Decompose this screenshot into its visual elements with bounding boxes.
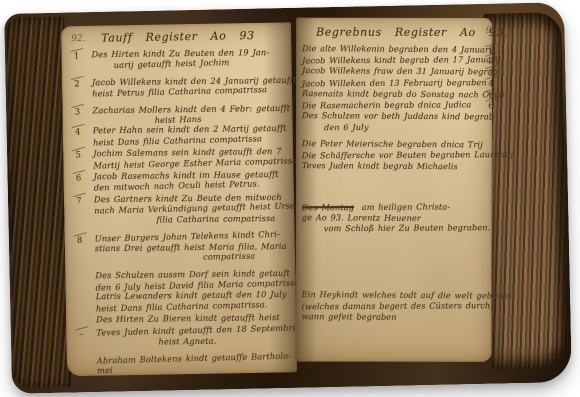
- entry-number: 1: [67, 49, 85, 62]
- entry-number: 7: [70, 194, 88, 207]
- register-entry-line: filia Catharina compatrissa: [94, 213, 292, 226]
- left-page: 92. Tauff Register Ao 93 1 Des Hirten ki…: [61, 22, 297, 376]
- left-page-number: 92.: [71, 34, 86, 44]
- right-page-text: Begrebnus Register Ao 93. 1 Die alte Wil…: [302, 26, 487, 323]
- register-entry-line: heist Agneta.: [96, 335, 294, 348]
- register-entry-line: Des Montag am heiligen Christa-: [302, 201, 486, 213]
- entry-text: compatrissa: [203, 250, 256, 261]
- entry-text: Des Schulzen vor beth Juddans kind begra…: [302, 110, 494, 121]
- entry-text: uarij getaufft heist Jochim: [114, 57, 230, 70]
- register-entry-line: 2 Jacob Willekens kindt begrab den 17 Ja…: [302, 54, 486, 66]
- entry-text: Jacob Willeken den 13 Februarij begraben: [302, 78, 487, 89]
- left-page-text: Tauff Register Ao 93 1 Des Hirten kindt …: [91, 28, 295, 375]
- entry-text: den 6 July: [324, 122, 369, 132]
- entry-text: filia Catharina compatrissa: [156, 213, 275, 224]
- entry-text: (welches damans begert des Cüsters durch…: [302, 300, 494, 311]
- register-entry-line: den 6 July: [302, 121, 486, 133]
- entry-number: 6: [70, 171, 88, 184]
- entry-number: 8: [71, 234, 89, 247]
- right-page-header: Begrebnus Register Ao 93.: [316, 26, 486, 40]
- entry-number: 2: [68, 77, 86, 90]
- right-page-entries: 1 Die alte Willekenin begraben den 4 Jan…: [302, 44, 486, 323]
- entry-text: Jacob Willekens kindt begrab den 17 Janu…: [302, 54, 500, 65]
- entry-text: Jacob Willekens fraw den 31 Januarij beg…: [302, 65, 498, 76]
- entry-text: mei: [97, 365, 113, 375]
- entry-text: Teves Juden kindt begrab Michaelis: [302, 160, 458, 171]
- entry-text: Rasenaits kindt begrab do Sonstag nach O…: [302, 88, 505, 99]
- register-entry-line: mei: [97, 362, 295, 375]
- entry-number: 6: [482, 99, 500, 112]
- entry-number: 5: [69, 149, 87, 162]
- entry-text: Ein Heykindt welches todt auf die welt g…: [302, 289, 512, 300]
- photo-background: 92. Tauff Register Ao 93 1 Des Hirten ki…: [0, 0, 580, 397]
- register-entry-line: wann gefeit begraben: [302, 311, 486, 323]
- entry-number: 4: [69, 126, 87, 139]
- entry-text: Des Hirten Zu Bieren kindt getaufft heis…: [96, 312, 280, 324]
- register-entry-line: (welches damans begert des Cüsters durch…: [302, 300, 486, 312]
- entry-text: Die Peter Meierische begraben dnica Trij: [302, 139, 483, 150]
- entry-text: vom Schloß hier Zu Beuten begraben.: [324, 223, 491, 234]
- entry-text: Die alte Willekenin begraben den 4 Janua…: [302, 43, 494, 54]
- entry-text: Die Rasemacherin begrab dnica Judica: [302, 99, 471, 110]
- entry-text: wann gefeit begraben: [302, 311, 397, 322]
- register-entry-line: 3 Jacob Willekens fraw den 31 Januarij b…: [302, 65, 486, 77]
- register-entry-line: Teves Juden kindt begrab Michaelis: [302, 160, 486, 172]
- register-entry-line: 6 Die Rasemacherin begrab dnica Judica: [302, 99, 486, 111]
- struck-text: Des Montag: [302, 202, 354, 212]
- entry-text: Die Schäffersche vor Beuten begraben Lau…: [302, 149, 513, 160]
- left-page-header: Tauff Register Ao 93: [101, 28, 289, 45]
- entry-number: 3: [68, 105, 86, 118]
- entry-number: –: [72, 328, 90, 341]
- right-page: 93. Begrebnus Register Ao 93. 1 Die alte…: [296, 18, 493, 362]
- entry-text: am heiligen Christa-: [362, 201, 450, 212]
- entry-text: den mitwoch nach Oculi heist Petrus.: [94, 179, 260, 193]
- register-entry-line: Des Schulzen vor beth Juddans kind begra…: [302, 110, 486, 122]
- entry-text: heist Agneta.: [158, 336, 216, 347]
- entry-text: ge Ao 93. Lorentz Heuener: [302, 212, 421, 223]
- open-book: 92. Tauff Register Ao 93 1 Des Hirten ki…: [4, 2, 572, 394]
- register-entry-line: vom Schloß hier Zu Beuten begraben.: [302, 223, 486, 235]
- left-page-entries: 1 Des Hirten kindt Zu Beuten den 19 Jan-…: [91, 46, 295, 375]
